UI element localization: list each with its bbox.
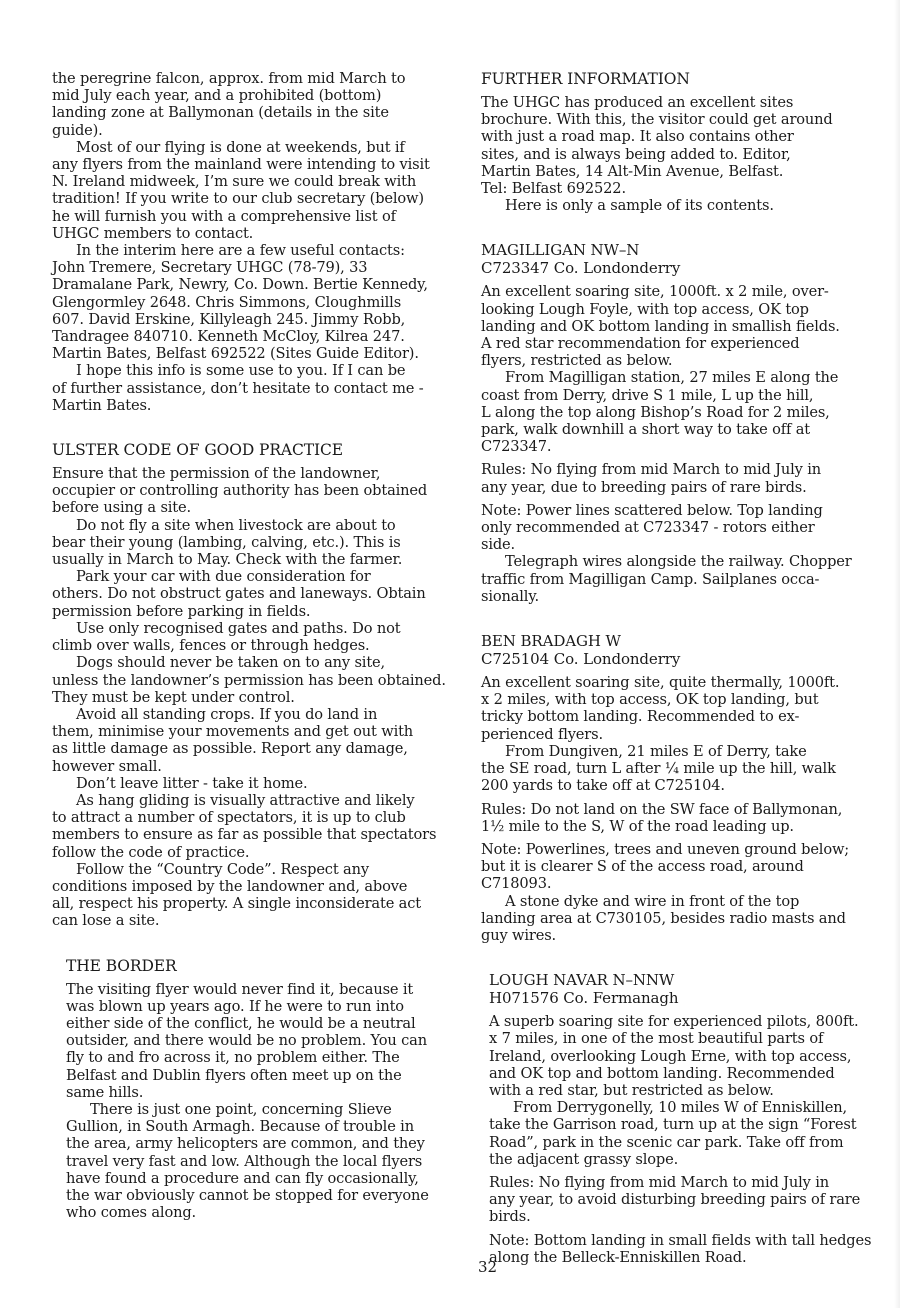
text-line: side. [481, 536, 900, 553]
text-line: to attract a number of spectators, it is… [52, 809, 470, 826]
text-line: any year, to avoid disturbing breeding p… [489, 1191, 900, 1208]
text-line: 1½ mile to the S, W of the road leading … [481, 818, 900, 835]
text-line: They must be kept under control. [52, 689, 470, 706]
text-line: Ireland, overlooking Lough Erne, with to… [489, 1048, 900, 1065]
paragraph: There is just one point, concerning Slie… [66, 1101, 470, 1221]
text-line: The visiting flyer would never find it, … [66, 981, 470, 998]
paragraph: the peregrine falcon, approx. from mid M… [52, 70, 470, 139]
text-line: can lose a site. [52, 912, 470, 929]
further-information-section: FURTHER INFORMATION The UHGC has produce… [481, 70, 900, 214]
site-rules: Rules: Do not land on the SW face of Bal… [481, 801, 900, 835]
text-line: members to ensure as far as possible tha… [52, 826, 470, 843]
text-line: Rules: Do not land on the SW face of Bal… [481, 801, 900, 818]
text-line: Follow the “Country Code”. Respect any [52, 861, 470, 878]
text-line: L along the top along Bishop’s Road for … [481, 404, 900, 421]
paragraph: Here is only a sample of its contents. [481, 197, 900, 214]
text-line: C718093. [481, 875, 900, 892]
text-line: sionally. [481, 588, 900, 605]
site-entry: LOUGH NAVAR N–NNWH071576 Co. FermanaghA … [481, 971, 900, 1266]
site-rules: Rules: No flying from mid March to mid J… [481, 461, 900, 495]
text-line: Martin Bates, 14 Alt-Min Avenue, Belfast… [481, 163, 900, 180]
paragraph: Park your car with due consideration for… [52, 568, 470, 620]
text-line: have found a procedure and can fly occas… [66, 1170, 470, 1187]
text-line: the SE road, turn L after ¼ mile up the … [481, 760, 900, 777]
text-line: Martin Bates, Belfast 692522 (Sites Guid… [52, 345, 470, 362]
site-directions: From Dungiven, 21 miles E of Derry, take… [481, 743, 900, 795]
text-line: follow the code of practice. [52, 844, 470, 861]
site-extra-note: Telegraph wires alongside the railway. C… [481, 553, 900, 605]
text-line: I hope this info is some use to you. If … [52, 362, 470, 379]
text-line: 607. David Erskine, Killyleagh 245. Jimm… [52, 311, 470, 328]
text-line: unless the landowner’s permission has be… [52, 672, 470, 689]
site-directions: From Derrygonelly, 10 miles W of Enniski… [489, 1099, 900, 1168]
text-line: C723347. [481, 438, 900, 455]
text-line: Avoid all standing crops. If you do land… [52, 706, 470, 723]
text-line: however small. [52, 758, 470, 775]
text-line: From Derrygonelly, 10 miles W of Enniski… [489, 1099, 900, 1116]
text-line: was blown up years ago. If he were to ru… [66, 998, 470, 1015]
text-line: A superb soaring site for experienced pi… [489, 1013, 900, 1030]
text-line: before using a site. [52, 499, 470, 516]
text-line: travel very fast and low. Although the l… [66, 1153, 470, 1170]
text-line: park, walk downhill a short way to take … [481, 421, 900, 438]
text-line: occupier or controlling authority has be… [52, 482, 470, 499]
text-line: sites, and is always being added to. Edi… [481, 146, 900, 163]
text-line: The UHGC has produced an excellent sites [481, 94, 900, 111]
text-line: Martin Bates. [52, 397, 470, 414]
intro-section: the peregrine falcon, approx. from mid M… [52, 70, 470, 414]
site-name: BEN BRADAGH W [481, 632, 900, 650]
text-line: all, respect his property. A single inco… [52, 895, 470, 912]
text-line: either side of the conflict, he would be… [66, 1015, 470, 1032]
text-line: Do not fly a site when livestock are abo… [52, 517, 470, 534]
text-line: Park your car with due consideration for [52, 568, 470, 585]
site-description: A superb soaring site for experienced pi… [489, 1013, 900, 1099]
paragraph: I hope this info is some use to you. If … [52, 362, 470, 414]
text-line: Rules: No flying from mid March to mid J… [481, 461, 900, 478]
right-column: FURTHER INFORMATION The UHGC has produce… [481, 70, 900, 1266]
text-line: of further assistance, don’t hesitate to… [52, 380, 470, 397]
text-line: with a red star, but restricted as below… [489, 1082, 900, 1099]
text-line: From Magilligan station, 27 miles E alon… [481, 369, 900, 386]
paragraph: Most of our flying is done at weekends, … [52, 139, 470, 242]
site-entry: BEN BRADAGH WC725104 Co. LondonderryAn e… [481, 632, 900, 944]
text-line: Tandragee 840710. Kenneth McCloy, Kilrea… [52, 328, 470, 345]
text-line: but it is clearer S of the access road, … [481, 858, 900, 875]
section-heading: FURTHER INFORMATION [481, 70, 900, 88]
text-line: fly to and fro across it, no problem eit… [66, 1049, 470, 1066]
site-directions: From Magilligan station, 27 miles E alon… [481, 369, 900, 455]
text-line: climb over walls, fences or through hedg… [52, 637, 470, 654]
text-line: A red star recommendation for experience… [481, 335, 900, 352]
text-line: As hang gliding is visually attractive a… [52, 792, 470, 809]
text-line: 200 yards to take off at C725104. [481, 777, 900, 794]
text-line: Here is only a sample of its contents. [481, 197, 900, 214]
text-line: Belfast and Dublin flyers often meet up … [66, 1067, 470, 1084]
text-line: conditions imposed by the landowner and,… [52, 878, 470, 895]
text-line: usually in March to May. Check with the … [52, 551, 470, 568]
paragraph: As hang gliding is visually attractive a… [52, 792, 470, 861]
text-line: take the Garrison road, turn up at the s… [489, 1116, 900, 1133]
text-line: Rules: No flying from mid March to mid J… [489, 1174, 900, 1191]
text-line: In the interim here are a few useful con… [52, 242, 470, 259]
paragraph: The visiting flyer would never find it, … [66, 981, 470, 1101]
paragraph: Dogs should never be taken on to any sit… [52, 654, 470, 706]
site-note: Note: Bottom landing in small fields wit… [489, 1232, 900, 1266]
paragraph: In the interim here are a few useful con… [52, 242, 470, 362]
site-entry: MAGILLIGAN NW–NC723347 Co. LondonderryAn… [481, 241, 900, 605]
text-line: Glengormley 2648. Chris Simmons, Cloughm… [52, 294, 470, 311]
site-note: Note: Power lines scattered below. Top l… [481, 502, 900, 554]
text-line: Note: Bottom landing in small fields wit… [489, 1232, 900, 1249]
text-line: Note: Power lines scattered below. Top l… [481, 502, 900, 519]
text-line: There is just one point, concerning Slie… [66, 1101, 470, 1118]
site-rules: Rules: No flying from mid March to mid J… [489, 1174, 900, 1226]
text-line: and OK top and bottom landing. Recommend… [489, 1065, 900, 1082]
text-line: Note: Powerlines, trees and uneven groun… [481, 841, 900, 858]
border-section: THE BORDER The visiting flyer would neve… [52, 957, 470, 1222]
text-line: Gullion, in South Armagh. Because of tro… [66, 1118, 470, 1135]
text-line: the adjacent grassy slope. [489, 1151, 900, 1168]
section-heading: ULSTER CODE OF GOOD PRACTICE [52, 441, 470, 459]
text-line: An excellent soaring site, quite thermal… [481, 674, 900, 691]
text-line: who comes along. [66, 1204, 470, 1221]
text-line: UHGC members to contact. [52, 225, 470, 242]
text-line: the war obviously cannot be stopped for … [66, 1187, 470, 1204]
text-line: only recommended at C723347 - rotors eit… [481, 519, 900, 536]
text-line: guy wires. [481, 927, 900, 944]
text-line: same hills. [66, 1084, 470, 1101]
text-line: Dogs should never be taken on to any sit… [52, 654, 470, 671]
text-line: Use only recognised gates and paths. Do … [52, 620, 470, 637]
text-line: any flyers from the mainland were intend… [52, 156, 470, 173]
text-line: landing area at C730105, besides radio m… [481, 910, 900, 927]
text-line: any year, due to breeding pairs of rare … [481, 479, 900, 496]
text-line: the area, army helicopters are common, a… [66, 1135, 470, 1152]
page-number: 32 [478, 1258, 497, 1276]
left-column: the peregrine falcon, approx. from mid M… [52, 70, 470, 1221]
paragraph: Ensure that the permission of the landow… [52, 465, 470, 517]
section-heading: THE BORDER [52, 957, 470, 975]
text-line: outsider, and there would be no problem.… [66, 1032, 470, 1049]
text-line: tradition! If you write to our club secr… [52, 190, 470, 207]
text-line: looking Lough Foyle, with top access, OK… [481, 301, 900, 318]
text-line: traffic from Magilligan Camp. Sailplanes… [481, 571, 900, 588]
text-line: the peregrine falcon, approx. from mid M… [52, 70, 470, 87]
text-line: others. Do not obstruct gates and lanewa… [52, 585, 470, 602]
text-line: x 2 miles, with top access, OK top landi… [481, 691, 900, 708]
text-line: N. Ireland midweek, I’m sure we could br… [52, 173, 470, 190]
text-line: Ensure that the permission of the landow… [52, 465, 470, 482]
site-name: LOUGH NAVAR N–NNW [489, 971, 900, 989]
text-line: Most of our flying is done at weekends, … [52, 139, 470, 156]
text-line: Dramalane Park, Newry, Co. Down. Bertie … [52, 276, 470, 293]
text-line: as little damage as possible. Report any… [52, 740, 470, 757]
text-line: landing zone at Ballymonan (details in t… [52, 104, 470, 121]
text-line: Telegraph wires alongside the railway. C… [481, 553, 900, 570]
text-line: Road”, park in the scenic car park. Take… [489, 1134, 900, 1151]
text-line: he will furnish you with a comprehensive… [52, 208, 470, 225]
text-line: coast from Derry, drive S 1 mile, L up t… [481, 387, 900, 404]
site-extra-note: A stone dyke and wire in front of the to… [481, 893, 900, 945]
site-description: An excellent soaring site, quite thermal… [481, 674, 900, 743]
text-line: perienced flyers. [481, 726, 900, 743]
site-name: MAGILLIGAN NW–N [481, 241, 900, 259]
text-line: with just a road map. It also contains o… [481, 128, 900, 145]
paragraph: Follow the “Country Code”. Respect anyco… [52, 861, 470, 930]
paragraph: The UHGC has produced an excellent sites… [481, 94, 900, 197]
text-line: guide). [52, 122, 470, 139]
paragraph: Use only recognised gates and paths. Do … [52, 620, 470, 654]
text-line: flyers, restricted as below. [481, 352, 900, 369]
paragraph: Don’t leave litter - take it home. [52, 775, 470, 792]
text-line: birds. [489, 1208, 900, 1225]
text-line: tricky bottom landing. Recommended to ex… [481, 708, 900, 725]
text-line: Don’t leave litter - take it home. [52, 775, 470, 792]
text-line: permission before parking in fields. [52, 603, 470, 620]
text-line: brochure. With this, the visitor could g… [481, 111, 900, 128]
code-of-practice-section: ULSTER CODE OF GOOD PRACTICE Ensure that… [52, 441, 470, 929]
text-line: An excellent soaring site, 1000ft. x 2 m… [481, 283, 900, 300]
text-line: landing and OK bottom landing in smallis… [481, 318, 900, 335]
text-line: them, minimise your movements and get ou… [52, 723, 470, 740]
site-description: An excellent soaring site, 1000ft. x 2 m… [481, 283, 900, 369]
text-line: bear their young (lambing, calving, etc.… [52, 534, 470, 551]
text-line: A stone dyke and wire in front of the to… [481, 893, 900, 910]
text-line: Tel: Belfast 692522. [481, 180, 900, 197]
text-line: along the Belleck-Enniskillen Road. [489, 1249, 900, 1266]
paragraph: Avoid all standing crops. If you do land… [52, 706, 470, 775]
site-grid-reference: C723347 Co. Londonderry [481, 259, 900, 277]
text-line: mid July each year, and a prohibited (bo… [52, 87, 470, 104]
site-grid-reference: H071576 Co. Fermanagh [489, 989, 900, 1007]
paragraph: Do not fly a site when livestock are abo… [52, 517, 470, 569]
text-line: x 7 miles, in one of the most beautiful … [489, 1030, 900, 1047]
text-line: From Dungiven, 21 miles E of Derry, take [481, 743, 900, 760]
text-line: John Tremere, Secretary UHGC (78-79), 33 [52, 259, 470, 276]
site-note: Note: Powerlines, trees and uneven groun… [481, 841, 900, 893]
site-grid-reference: C725104 Co. Londonderry [481, 650, 900, 668]
